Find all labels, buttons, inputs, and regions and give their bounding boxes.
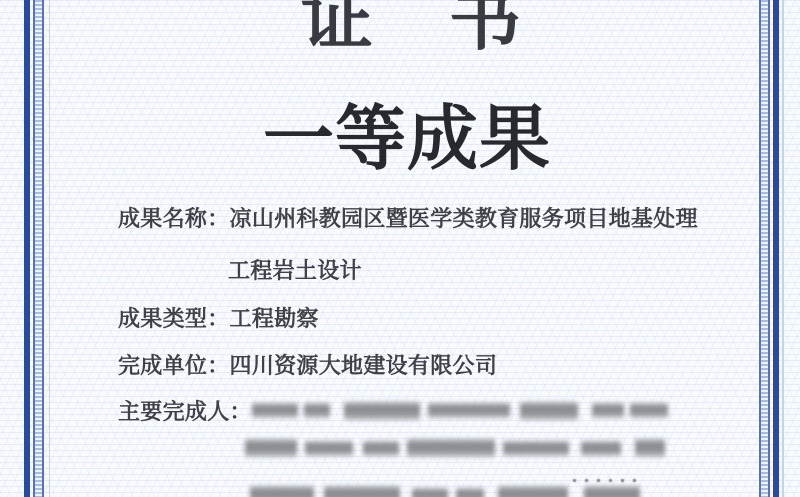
right-border-faint-stripe bbox=[782, 0, 784, 497]
redacted-names-row-3 bbox=[250, 486, 640, 497]
completing-unit-value: 四川资源大地建设有限公司 bbox=[230, 349, 498, 380]
achievement-name-value-line2: 工程岩土设计 bbox=[228, 254, 362, 285]
certificate-page: 证 书 一等成果 成果名称：凉山州科教园区暨医学类教育服务项目地基处理 工程岩土… bbox=[0, 0, 800, 497]
field-main-contributors: 主要完成人： bbox=[118, 395, 668, 426]
certificate-title: 证 书 bbox=[12, 0, 800, 64]
redacted-names-row-1 bbox=[252, 402, 668, 420]
completing-unit-label: 完成单位： bbox=[118, 349, 230, 380]
field-achievement-name-continued: 工程岩土设计 bbox=[228, 254, 362, 285]
redacted-names-row-2 bbox=[245, 439, 665, 457]
award-grade-title: 一等成果 bbox=[7, 82, 800, 184]
left-border-ladder-pattern bbox=[33, 0, 44, 497]
left-border-ornament bbox=[24, 0, 44, 497]
achievement-name-label: 成果名称： bbox=[118, 202, 230, 233]
field-achievement-type: 成果类型：工程勘察 bbox=[118, 302, 319, 333]
achievement-type-value: 工程勘察 bbox=[230, 302, 319, 333]
main-contributors-label: 主要完成人： bbox=[118, 395, 252, 426]
right-border-ladder-pattern bbox=[759, 0, 770, 497]
scan-smudge-dots bbox=[573, 479, 643, 482]
achievement-name-value-line1: 凉山州科教园区暨医学类教育服务项目地基处理 bbox=[230, 202, 698, 233]
field-completing-unit: 完成单位：四川资源大地建设有限公司 bbox=[118, 349, 497, 380]
field-achievement-name: 成果名称：凉山州科教园区暨医学类教育服务项目地基处理 bbox=[118, 202, 698, 233]
right-border-ornament bbox=[759, 0, 784, 497]
left-fold-line bbox=[49, 0, 50, 497]
achievement-type-label: 成果类型： bbox=[118, 302, 230, 333]
